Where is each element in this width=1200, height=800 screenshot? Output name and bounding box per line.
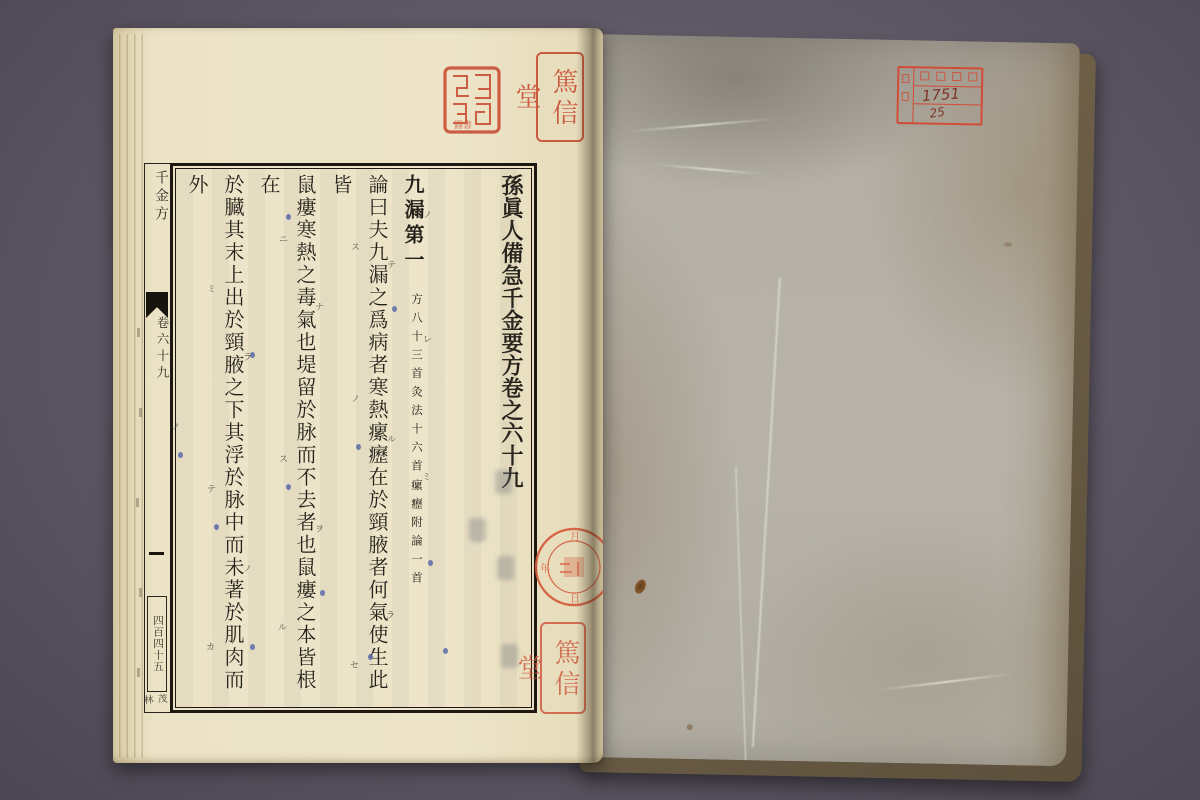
stamp-glyph-mark: [936, 72, 945, 81]
hashira-book-title: 千金方: [145, 170, 171, 224]
red-accession-stamp: 1751 25: [896, 66, 983, 126]
hashira-volume-label: 卷六十九: [145, 316, 171, 382]
circular-date-stamp: 年 月 日: [530, 524, 603, 610]
text-column: 於臓其末上出於頸腋之下其浮於脉中而未著於肌肉而外: [179, 174, 251, 702]
stamp-glyph-mark: [902, 92, 909, 101]
section-note-right: 瘰癧附論一首: [410, 479, 423, 590]
fishtail-marker: [146, 292, 168, 318]
paper-crease: [626, 118, 776, 133]
right-blank-page: 1751 25: [574, 34, 1080, 766]
section-note-left: 方八十三首灸法十六首: [410, 293, 423, 478]
tokushindo-seal-bottom: 篤信堂: [540, 622, 586, 714]
hashira-carver-name: 茂林: [147, 693, 168, 712]
edge-glyph-fragment: [139, 408, 142, 417]
hashira-strip: 千金方 卷六十九 四百四十五 茂林: [144, 163, 171, 713]
hashira-folio-number: [149, 552, 164, 555]
paper-crease: [751, 278, 781, 747]
bleed-through-text: [497, 556, 514, 580]
text-column: 鼠瘻寒熱之毒氣也堤留於脉而不去者也鼠瘻之本皆根在: [251, 174, 323, 702]
stamp-glyph-mark: [920, 71, 929, 80]
paper-crease: [876, 673, 1015, 692]
text-column: 爲膿血者易去去之柰何曰請従其末引其本可使衰去而絶: [175, 174, 179, 702]
section-heading-column: 九漏第一 瘰癧附論一首 方八十三首灸法十六首: [395, 174, 493, 702]
bleed-through-text: [469, 518, 486, 542]
stamp-glyph-mark: [952, 72, 961, 81]
handwritten-shelf-number: 25: [929, 106, 946, 120]
edge-glyph-fragment: [136, 498, 139, 507]
text-area: 孫眞人備急千金要方卷之六十九 九漏第一 瘰癧附論一首 方八十三首灸法十六首 論曰…: [175, 168, 532, 708]
accession-number-row: 1751: [914, 86, 981, 105]
paper-crease: [735, 467, 747, 766]
tokushindo-seal-top: 篤信堂: [536, 52, 584, 142]
hashira-sheet-number: 四百四十五: [147, 596, 167, 692]
chapter-title-column: 孫眞人備急千金要方卷之六十九: [493, 174, 529, 702]
section-heading: 九漏第一: [401, 174, 425, 274]
section-note-warichu: 瘰癧附論一首 方八十三首灸法十六首: [410, 293, 423, 590]
photo-of-open-book: 1751 25 千金方 卷六十九 四百四十五 茂林 孫眞人備急千金要方: [0, 0, 1200, 800]
svg-text:年: 年: [540, 562, 550, 575]
stain-spot: [1004, 242, 1012, 247]
stain-spot: [687, 724, 693, 730]
left-printed-page: 千金方 卷六十九 四百四十五 茂林 孫眞人備急千金要方卷之六十九 九漏第一 瘰癧…: [113, 28, 603, 763]
edge-glyph-fragment: [137, 328, 140, 337]
printed-border-frame: 孫眞人備急千金要方卷之六十九 九漏第一 瘰癧附論一首 方八十三首灸法十六首 論曰…: [170, 163, 537, 713]
accession-number-row-2: 25: [913, 104, 980, 123]
handwritten-accession-number: 1751: [921, 87, 960, 105]
bleed-through-text: [495, 470, 512, 494]
text-column: 論曰夫九漏之爲病者寒熱瘰癧在於頸腋者何氣使生此皆: [323, 174, 395, 702]
edge-glyph-fragment: [139, 588, 142, 597]
seal-visible-chars: 圖書: [454, 119, 472, 131]
square-collection-seal: 圖書: [443, 66, 501, 134]
svg-text:月: 月: [570, 531, 580, 543]
stamp-glyph-mark: [968, 72, 977, 81]
svg-text:日: 日: [570, 593, 580, 605]
stain-spot: [633, 578, 649, 596]
text-block: 孫眞人備急千金要方卷之六十九 九漏第一 瘰癧附論一首 方八十三首灸法十六首 論曰…: [176, 169, 531, 707]
edge-glyph-fragment: [137, 668, 140, 677]
paper-crease: [656, 163, 766, 175]
page-stack-edges: [113, 34, 145, 758]
stamp-glyph-mark: [902, 74, 909, 83]
accession-stamp-side-cell: [898, 68, 914, 122]
